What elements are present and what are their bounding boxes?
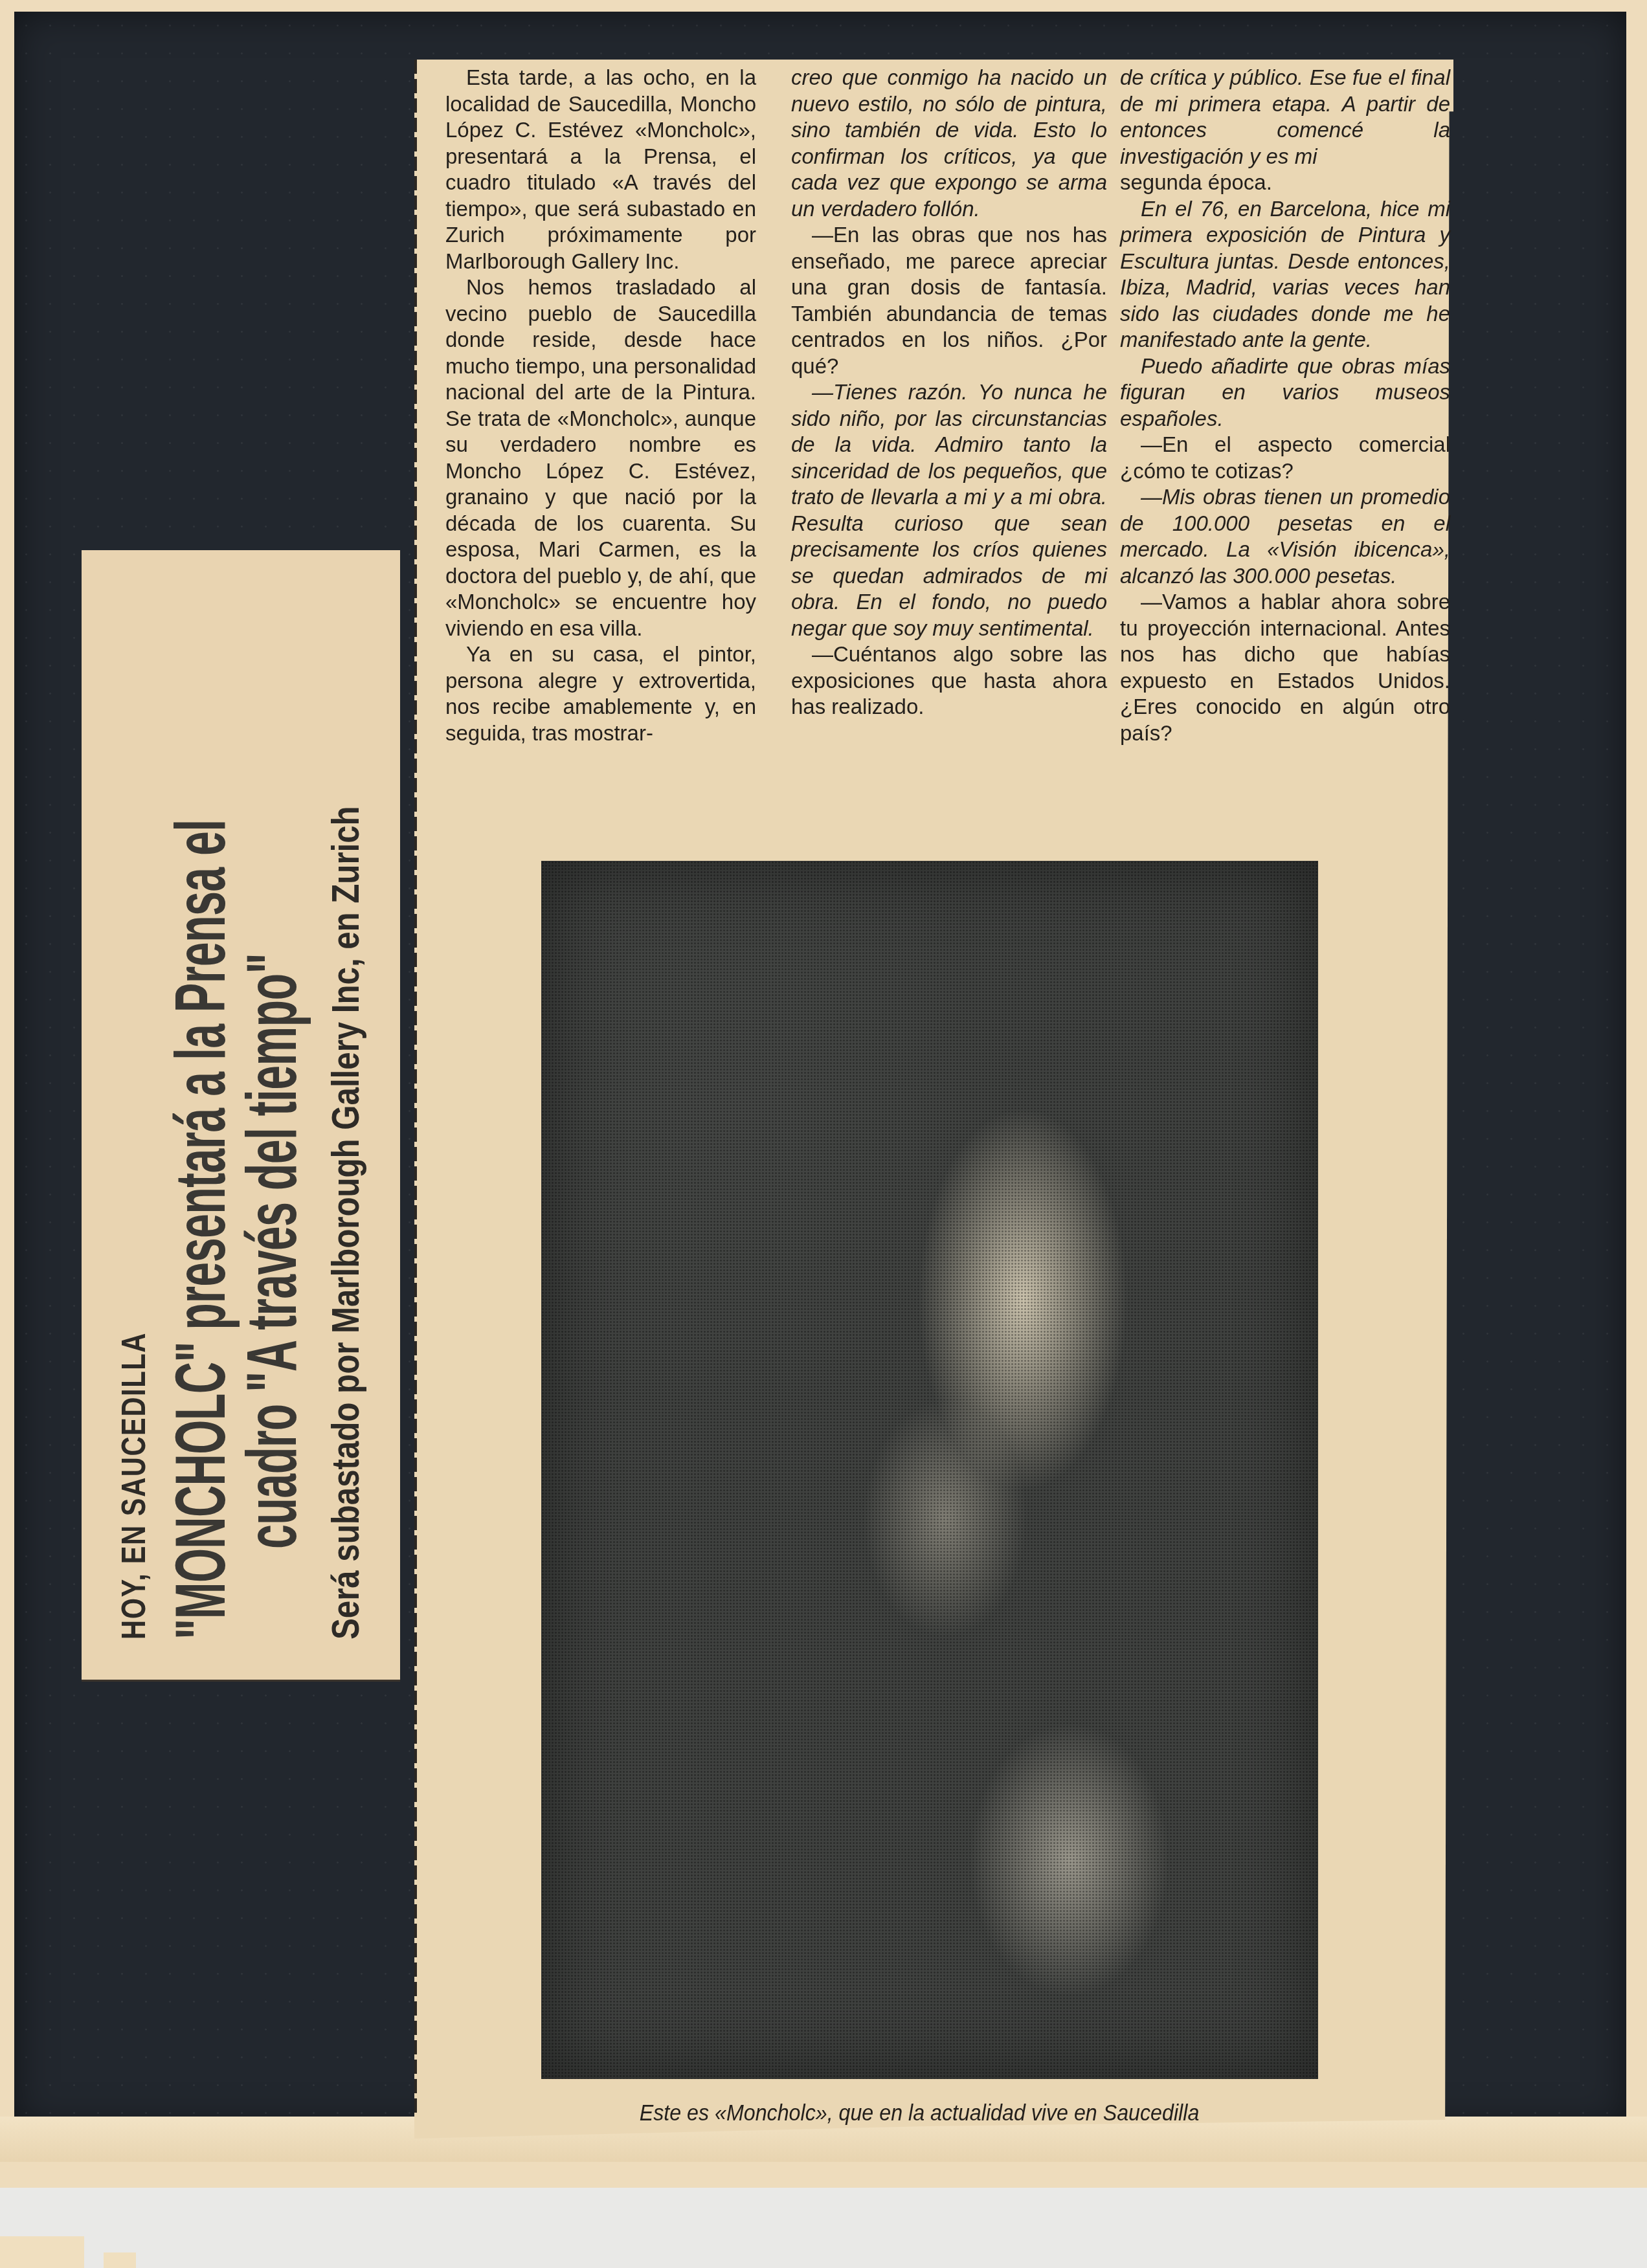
paragraph: Nos hemos trasladado al vecino pueblo de… bbox=[445, 274, 756, 641]
paragraph: —Cuéntanos algo sobre las exposiciones q… bbox=[791, 641, 1107, 720]
headline-clipping: HOY, EN SAUCEDILLA "MONCHOLC" presentará… bbox=[82, 550, 400, 1682]
paragraph: segunda época. bbox=[1120, 170, 1450, 196]
column-rule bbox=[414, 60, 417, 2118]
paragraph: —Vamos a hablar ahora sobre tu proyecció… bbox=[1120, 589, 1450, 746]
photo-caption: Este es «Moncholc», que en la actualidad… bbox=[562, 2100, 1277, 2126]
paper-scrap bbox=[104, 2252, 136, 2268]
article-column-1: Esta tarde, a las ocho, en la localidad … bbox=[445, 65, 756, 746]
headline-line-1: "MONCHOLC" presentará a la Prensa el bbox=[165, 973, 236, 1639]
paragraph: Esta tarde, a las ocho, en la localidad … bbox=[445, 65, 756, 274]
portrait-photo bbox=[541, 861, 1318, 2079]
paper-scrap bbox=[0, 2236, 84, 2268]
scan-margin bbox=[0, 2188, 1647, 2268]
paragraph: Ya en su casa, el pintor, persona alegre… bbox=[445, 641, 756, 746]
paragraph: creo que conmigo ha nacido un nuevo esti… bbox=[791, 65, 1107, 222]
paragraph: —En el aspecto comercial ¿cómo te cotiza… bbox=[1120, 432, 1450, 484]
paragraph: —Mis obras tienen un promedio de 100.000… bbox=[1120, 484, 1450, 589]
article-column-3: de crítica y público. Ese fue el final d… bbox=[1120, 65, 1450, 746]
paragraph: Puedo añadirte que obras mías figuran en… bbox=[1120, 353, 1450, 432]
article-column-2: creo que conmigo ha nacido un nuevo esti… bbox=[791, 65, 1107, 720]
headline-kicker: HOY, EN SAUCEDILLA bbox=[115, 780, 153, 1640]
paragraph: de crítica y público. Ese fue el final d… bbox=[1120, 65, 1450, 170]
headline-subhead: Será subastado por Marlborough Gallery I… bbox=[323, 758, 368, 1639]
paragraph: —En las obras que nos has enseñado, me p… bbox=[791, 222, 1107, 379]
paragraph: —Tienes razón. Yo nunca he sido niño, po… bbox=[791, 379, 1107, 641]
headline-block: HOY, EN SAUCEDILLA "MONCHOLC" presentará… bbox=[85, 565, 396, 1665]
halftone-texture bbox=[541, 861, 1318, 2079]
headline-line-2: cuadro "A través del tiempo" bbox=[236, 939, 308, 1548]
paragraph: En el 76, en Barcelona, hice mi primera … bbox=[1120, 196, 1450, 353]
